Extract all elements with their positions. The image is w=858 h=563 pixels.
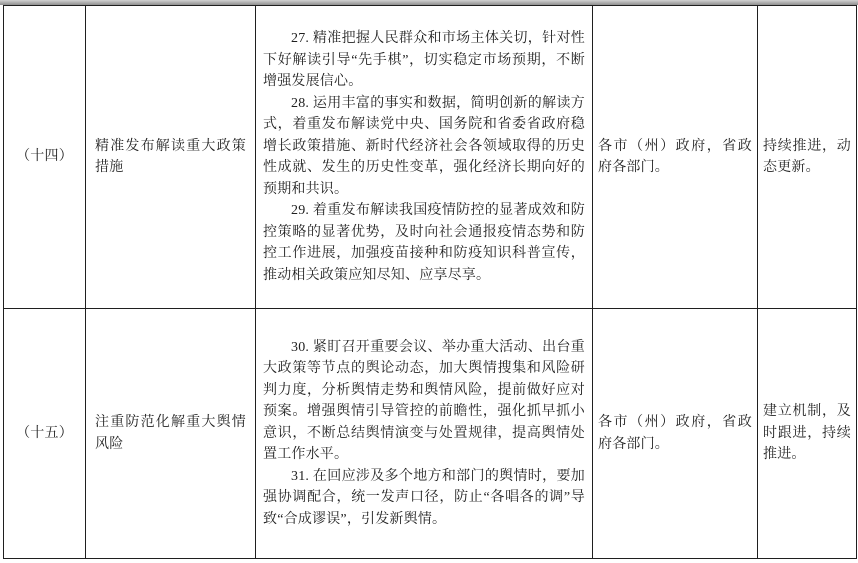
table-row: （十五） 注重防范化解重大舆情风险 30. 紧盯召开重要会议、举办重大活动、出台… [4,309,857,559]
progress-cell: 持续推进，动态更新。 [758,6,857,309]
responsible-cell: 各市（州）政府，省政府各部门。 [593,6,758,309]
measures-cell: 30. 紧盯召开重要会议、举办重大活动、出台重大政策等节点的舆论动态，加大舆情搜… [256,309,593,559]
measure-paragraph: 27. 精准把握人民群众和市场主体关切，针对性下好解读引导“先手棋”，切实稳定市… [263,28,585,93]
measure-paragraph: 29. 着重发布解读我国疫情防控的显著成效和防控策略的显著优势，及时向社会通报疫… [263,200,585,286]
ordinal-cell: （十五） [4,309,86,559]
progress-cell: 建立机制，及时跟进，持续推进。 [758,309,857,559]
responsible-cell: 各市（州）政府，省政府各部门。 [593,309,758,559]
ordinal-label: （十四） [16,149,73,164]
progress-label: 建立机制，及时跟进，持续推进。 [763,404,851,462]
measure-paragraph: 28. 运用丰富的事实和数据，简明创新的解读方式，着重发布解读党中央、国务院和省… [263,93,585,201]
table-row: （十四） 精准发布解读重大政策措施 27. 精准把握人民群众和市场主体关切，针对… [4,6,857,309]
title-cell: 注重防范化解重大舆情风险 [86,309,256,559]
policy-table: （十四） 精准发布解读重大政策措施 27. 精准把握人民群众和市场主体关切，针对… [3,5,857,559]
title-label: 精准发布解读重大政策措施 [95,139,246,176]
ordinal-label: （十五） [16,426,73,441]
measures-cell: 27. 精准把握人民群众和市场主体关切，针对性下好解读引导“先手棋”，切实稳定市… [256,6,593,309]
measure-paragraph: 31. 在回应涉及多个地方和部门的舆情时，要加强协调配合，统一发声口径，防止“各… [263,466,585,531]
title-cell: 精准发布解读重大政策措施 [86,6,256,309]
title-label: 注重防范化解重大舆情风险 [95,415,246,452]
ordinal-cell: （十四） [4,6,86,309]
responsible-label: 各市（州）政府，省政府各部门。 [598,139,752,176]
progress-label: 持续推进，动态更新。 [763,139,851,176]
responsible-label: 各市（州）政府，省政府各部门。 [598,415,752,452]
measure-paragraph: 30. 紧盯召开重要会议、举办重大活动、出台重大政策等节点的舆论动态，加大舆情搜… [263,337,585,466]
document-page: （十四） 精准发布解读重大政策措施 27. 精准把握人民群众和市场主体关切，针对… [0,0,858,563]
